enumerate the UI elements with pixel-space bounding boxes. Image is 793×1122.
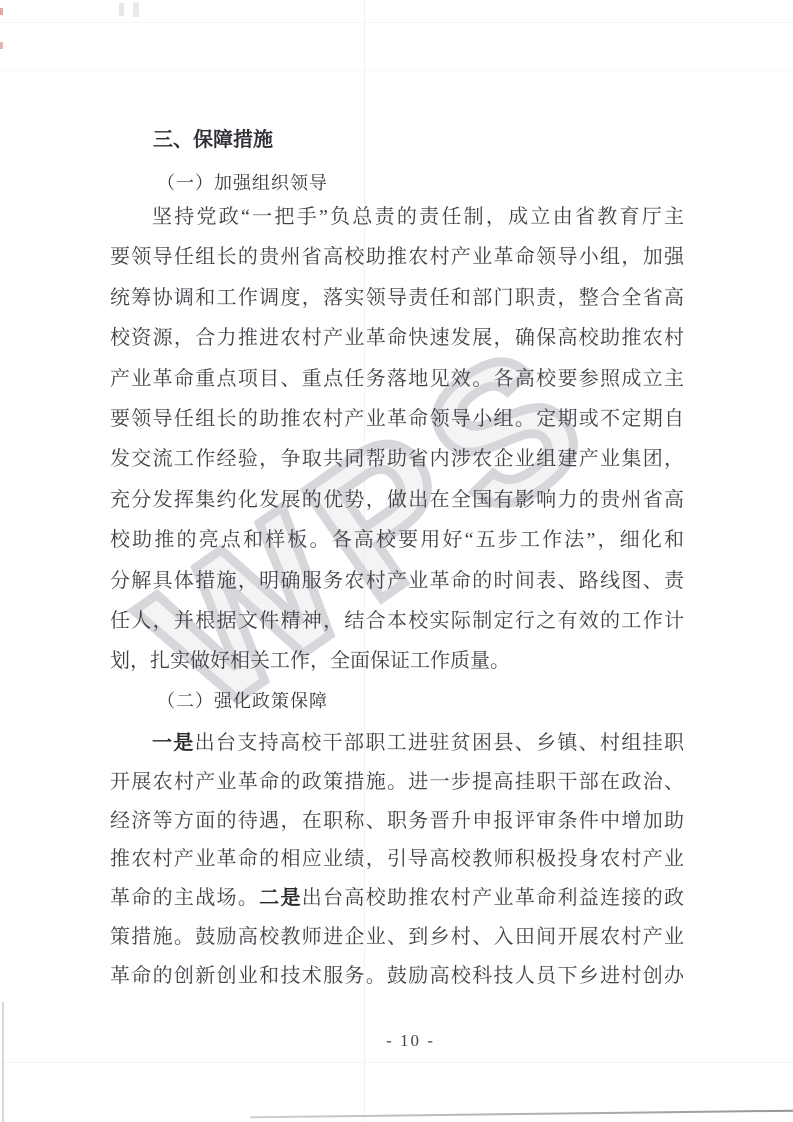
scan-artifact-smudge [119, 3, 124, 16]
scan-artifact-left-edge [2, 1002, 4, 1122]
scan-artifact-bottom-edge [250, 1110, 793, 1119]
text-line: 一是出台支持高校干部职工进驻贫困县、乡镇、村组挂职 [110, 724, 684, 763]
text-line: 发交流工作经验，争取共同帮助省内涉农企业组建产业集团， [110, 439, 684, 479]
text-line: 统筹协调和工作调度，落实领导责任和部门职责，整合全省高 [110, 278, 684, 318]
text-line: 分解具体措施，明确服务农村产业革命的时间表、路线图、责 [110, 561, 684, 601]
subsection-heading-1: （一）加强组织领导 [110, 172, 731, 194]
text-line: 产业革命重点项目、重点任务落地见效。各高校要参照成立主 [110, 359, 684, 399]
document-page: WPS 三、保障措施 （一）加强组织领导 坚持党政“一把手”负总责的责任制，成立… [0, 0, 793, 1122]
text-line: 经济等方面的待遇，在职称、职务晋升申报评审条件中增加助 [110, 802, 684, 841]
text-line: 革命的主战场。二是出台高校助推农村产业革命利益连接的政 [110, 879, 684, 918]
text-line: 要领导任组长的贵州省高校助推农村产业革命领导小组，加强 [110, 237, 684, 277]
subsection-heading-2: （二）强化政策保障 [110, 690, 731, 712]
text-line: 任人，并根据文件精神，结合本校实际制定行之有效的工作计 [110, 601, 684, 641]
scan-artifact-horizontal-line [0, 1062, 793, 1063]
scan-artifact-red-mark [0, 42, 3, 49]
text-line: 推农村产业革命的相应业绩，引导高校教师积极投身农村产业 [110, 840, 684, 879]
text-line: 革命的创新创业和技术服务。鼓励高校科技人员下乡进村创办 [110, 957, 684, 996]
text-line: 充分发挥集约化发展的优势，做出在全国有影响力的贵州省高 [110, 480, 684, 520]
text-line: 开展农村产业革命的政策措施。进一步提高挂职干部在政治、 [110, 763, 684, 802]
text-line: 校资源，合力推进农村产业革命快速发展，确保高校助推农村 [110, 318, 684, 358]
scan-artifact-red-mark [0, 8, 3, 15]
text-line: 策措施。鼓励高校教师进企业、到乡村、入田间开展农村产业 [110, 918, 684, 957]
text-line: 校助推的亮点和样板。各高校要用好“五步工作法”，细化和 [110, 520, 684, 560]
scan-artifact-smudge [133, 2, 139, 17]
page-number: - 10 - [14, 1031, 793, 1051]
text-line: 要领导任组长的助推农村产业革命领导小组。定期或不定期自 [110, 399, 684, 439]
paragraph-2: 一是出台支持高校干部职工进驻贫困县、乡镇、村组挂职开展农村产业革命的政策措施。进… [110, 724, 684, 996]
paragraph-1: 坚持党政“一把手”负总责的责任制，成立由省教育厅主要领导任组长的贵州省高校助推农… [110, 197, 684, 682]
text-line: 坚持党政“一把手”负总责的责任制，成立由省教育厅主 [110, 197, 684, 237]
scan-artifact-horizontal-line [0, 22, 793, 23]
scan-artifact-horizontal-line [0, 70, 793, 71]
section-heading: 三、保障措施 [110, 128, 727, 152]
text-line: 划，扎实做好相关工作，全面保证工作质量。 [110, 641, 684, 681]
